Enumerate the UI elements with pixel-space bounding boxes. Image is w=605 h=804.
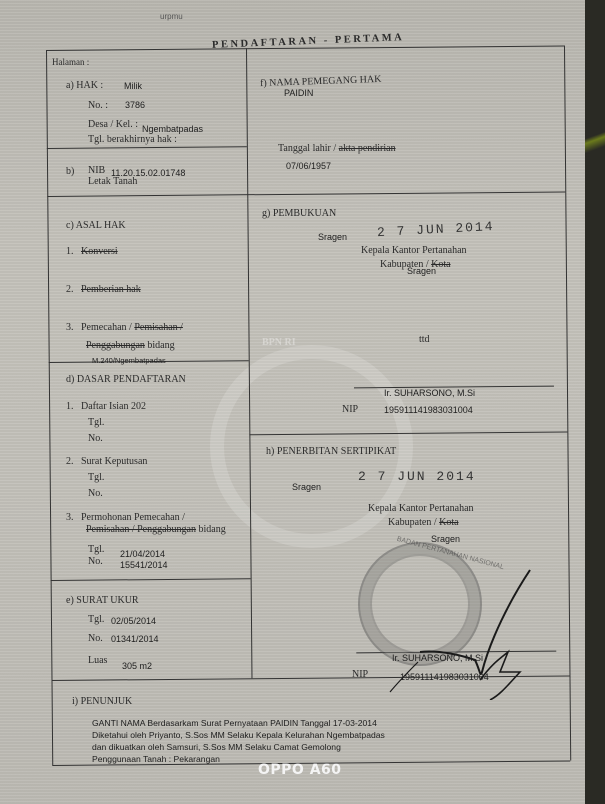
hak-no-value: 3786	[125, 100, 145, 110]
penerbitan-official-name: Ir. SUHARSONO, M.Si	[392, 653, 483, 663]
surat-ukur-tgl-value: 02/05/2014	[111, 616, 156, 626]
pembukuan-place: Sragen	[318, 232, 347, 242]
asal-hak-item-1: 1. Konversi	[66, 246, 118, 257]
dasar-item-2: 2. Surat Keputusan	[66, 456, 147, 467]
hak-value: Milik	[124, 81, 142, 91]
dasar-item-3-tgl-label: Tgl.	[88, 544, 104, 555]
asal-hak-item-3: 3. Pemecahan / Pemisahan /	[66, 322, 183, 333]
dasar-item-2-tgl: Tgl.	[88, 472, 104, 483]
nib-label: NIB	[88, 165, 105, 176]
penunjuk-line-2: Diketahui oleh Priyanto, S.Sos MM Selaku…	[92, 730, 385, 740]
section-g-label: g) PEMBUKUAN	[262, 208, 336, 219]
birth-date-value: 07/06/1957	[286, 161, 331, 171]
dasar-item-3: 3. Permohonan Pemecahan /	[66, 512, 185, 523]
pembukuan-ttd: ttd	[419, 334, 430, 345]
penerbitan-nip-value: 195911141983031004	[400, 672, 489, 682]
penunjuk-line-1: GANTI NAMA Berdasarkam Surat Pernyataan …	[92, 718, 377, 728]
letak-tanah-label: Letak Tanah	[88, 176, 137, 187]
luas-label: Luas	[88, 655, 107, 666]
dasar-item-3-line2: Pemisahan / Penggabungan bidang	[86, 524, 226, 535]
surat-ukur-tgl-label: Tgl.	[88, 614, 104, 625]
document-page: urpmu PENDAFTARAN - PERTAMA Halaman : BP…	[0, 0, 585, 804]
section-d-label: d) DASAR PENDAFTARAN	[66, 374, 186, 385]
hak-no-label: No. :	[88, 100, 108, 111]
dasar-item-3-tgl-value: 21/04/2014	[120, 549, 165, 559]
dasar-item-1-no: No.	[88, 433, 103, 444]
asal-hak-item-3-line2: Penggabungan bidang	[86, 340, 175, 351]
penerbitan-nip-label: NIP	[352, 669, 368, 680]
holder-name: PAIDIN	[284, 88, 313, 98]
penerbitan-office-city: Sragen	[431, 534, 460, 544]
dasar-item-2-no: No.	[88, 488, 103, 499]
section-i-label: i) PENUNJUK	[72, 696, 132, 707]
surat-ukur-no-label: No.	[88, 633, 103, 644]
penerbitan-date-stamp: 2 7 JUN 2014	[358, 469, 476, 484]
section-e-label: e) SURAT UKUR	[66, 595, 139, 606]
pembukuan-nip-value: 195911141983031004	[384, 405, 473, 415]
penunjuk-line-3: dan dikuatkan oleh Samsuri, S.Sos MM Sel…	[92, 742, 341, 752]
surat-ukur-no-value: 01341/2014	[111, 634, 159, 644]
pembukuan-office-line1: Kepala Kantor Pertanahan	[361, 245, 467, 256]
pembukuan-nip-label: NIP	[342, 404, 358, 415]
pembukuan-official-name: Ir. SUHARSONO, M.Si	[384, 388, 475, 398]
top-stamp: urpmu	[160, 12, 183, 21]
section-h-label: h) PENERBITAN SERTIPIKAT	[266, 446, 396, 457]
asal-hak-reference: M.240/Ngembatpadas	[92, 356, 166, 365]
penunjuk-line-4: Penggunaan Tanah : Pekarangan	[92, 754, 220, 764]
section-b-label: b)	[66, 166, 74, 177]
penerbitan-office-line2: Kabupaten / Kota	[388, 517, 459, 528]
pembukuan-office-city: Sragen	[407, 266, 436, 276]
tgl-berakhir-label: Tgl. berakhirnya hak :	[88, 134, 177, 145]
desa-value: Ngembatpadas	[142, 124, 203, 134]
section-a-label: a) HAK :	[66, 80, 103, 91]
dasar-item-3-no-value: 15541/2014	[120, 560, 168, 570]
dasar-item-3-no-label: No.	[88, 556, 103, 567]
background-edge	[585, 100, 605, 190]
penerbitan-place: Sragen	[292, 482, 321, 492]
penerbitan-office-line1: Kepala Kantor Pertanahan	[368, 503, 474, 514]
desa-label: Desa / Kel. :	[88, 119, 138, 130]
asal-hak-item-2: 2. Pemberian hak	[66, 284, 141, 295]
dasar-item-1: 1. Daftar Isian 202	[66, 401, 146, 412]
dasar-item-1-tgl: Tgl.	[88, 417, 104, 428]
luas-value: 305 m2	[122, 661, 152, 671]
camera-watermark: OPPO A60	[258, 762, 342, 778]
birth-label: Tanggal lahir / akta pendirian	[278, 143, 396, 154]
section-c-label: c) ASAL HAK	[66, 220, 126, 231]
